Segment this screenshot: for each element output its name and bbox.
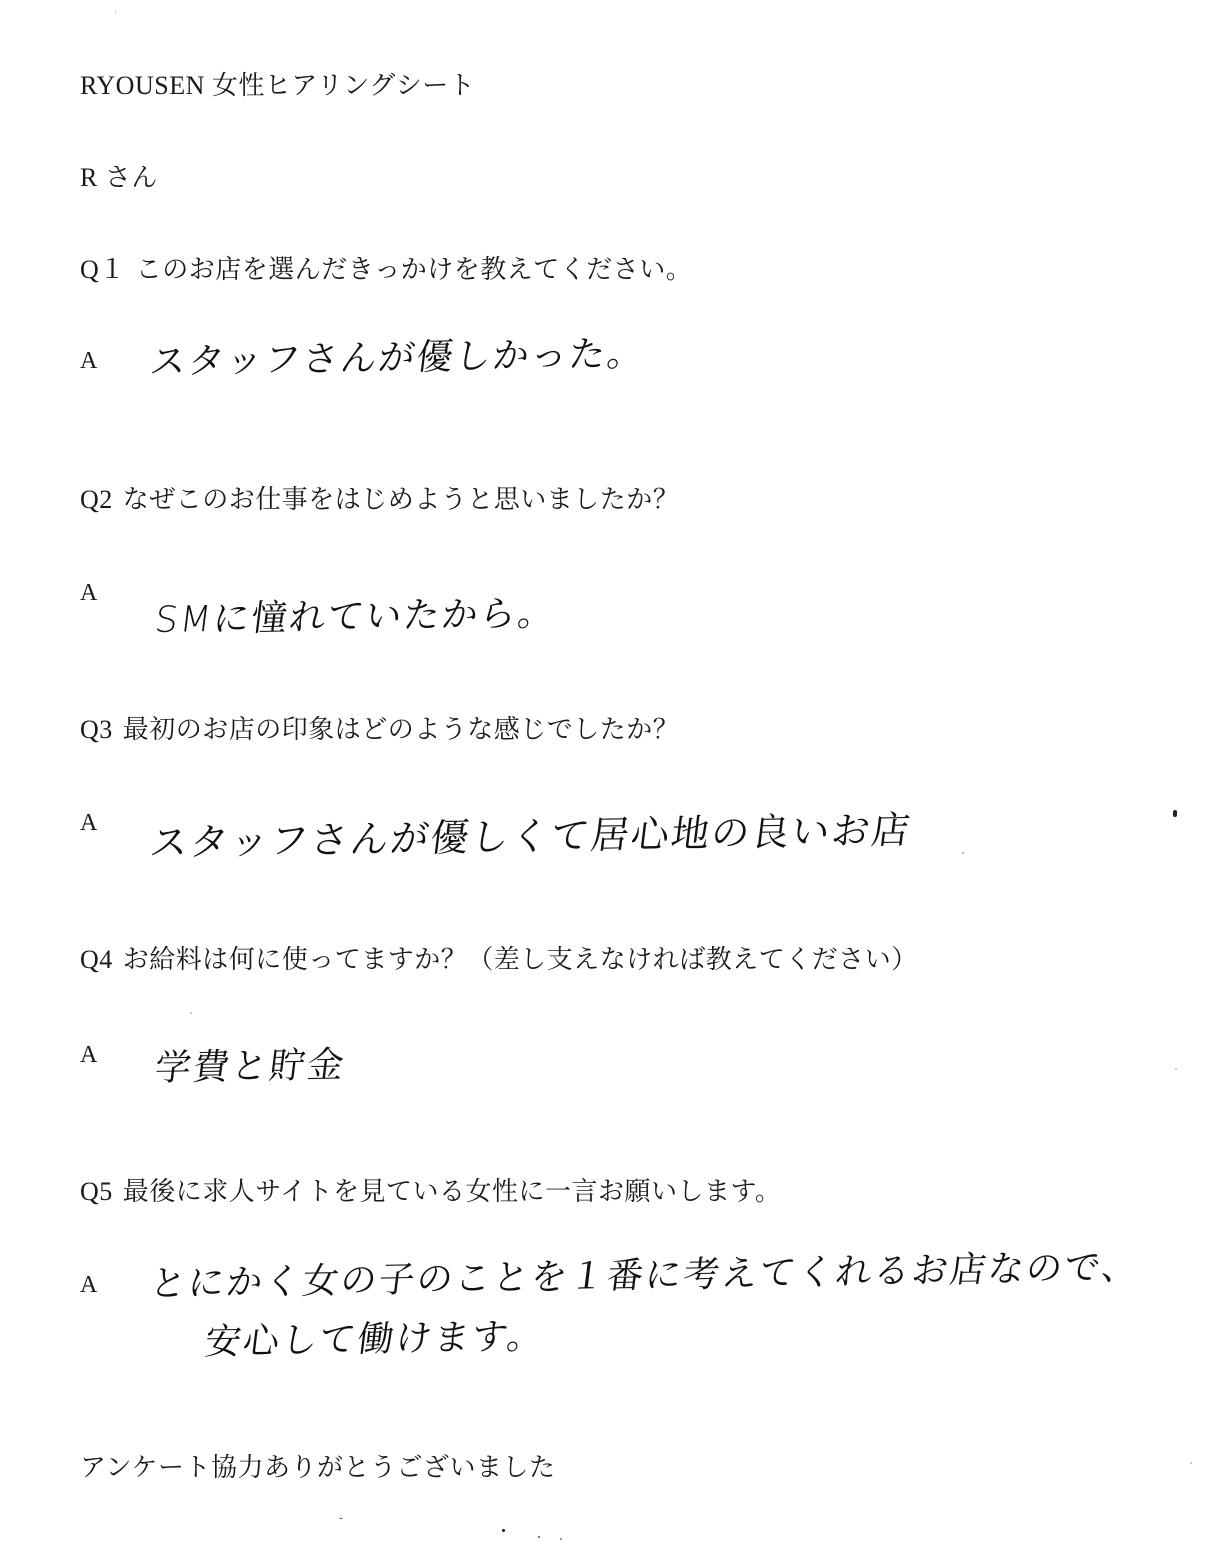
question-text: お給料は何に使ってますか？（差し支えなければ教えてください） bbox=[123, 945, 918, 974]
document-title: RYOUSEN 女性ヒアリングシート bbox=[80, 70, 475, 102]
question-label: Q3 bbox=[80, 714, 113, 746]
respondent-name: R さん bbox=[80, 162, 158, 194]
scan-speck bbox=[560, 1538, 562, 1540]
question-4: Q4お給料は何に使ってますか？（差し支えなければ教えてください） bbox=[80, 944, 918, 976]
question-2: Q2なぜこのお仕事をはじめようと思いましたか？ bbox=[80, 484, 679, 516]
question-label: Q１ bbox=[80, 254, 126, 286]
answer-4-handwritten: 学費と貯金 bbox=[152, 1043, 348, 1092]
scan-speck bbox=[502, 1529, 505, 1532]
scan-speck bbox=[1173, 810, 1177, 817]
question-label: Q4 bbox=[80, 944, 113, 976]
hearing-sheet-page: RYOUSEN 女性ヒアリングシート R さん Q１このお店を選んだきっかけを教… bbox=[0, 0, 1227, 1553]
answer-label: A bbox=[80, 348, 97, 375]
question-text: 最初のお店の印象はどのような感じでしたか？ bbox=[123, 715, 680, 744]
answer-3-handwritten: スタッフさんが優しくて居心地の良いお店 bbox=[147, 807, 914, 866]
question-label: Q5 bbox=[80, 1176, 113, 1208]
answer-5-handwritten-line-2: 安心して働けます。 bbox=[202, 1314, 548, 1366]
scan-speck bbox=[115, 10, 116, 13]
answer-1-handwritten: スタッフさんが優しかった。 bbox=[147, 331, 648, 386]
answer-label: A bbox=[80, 810, 97, 837]
closing-message: アンケート協力ありがとうございました bbox=[80, 1452, 555, 1484]
scan-speck bbox=[339, 1518, 343, 1519]
answer-label: A bbox=[80, 580, 97, 607]
answer-label: A bbox=[80, 1042, 97, 1069]
scan-speck bbox=[538, 1536, 540, 1538]
answer-5-handwritten-line-1: とにかく女の子のことを１番に考えてくれるお店なので、 bbox=[147, 1245, 1142, 1308]
scan-speck bbox=[1175, 1068, 1177, 1070]
scan-speck bbox=[962, 852, 964, 854]
scan-speck bbox=[190, 1012, 192, 1014]
question-1: Q１このお店を選んだきっかけを教えてください。 bbox=[80, 254, 692, 286]
question-text: 最後に求人サイトを見ている女性に一言お願いします。 bbox=[123, 1177, 782, 1206]
question-label: Q2 bbox=[80, 484, 113, 516]
question-5: Q5最後に求人サイトを見ている女性に一言お願いします。 bbox=[80, 1176, 781, 1208]
scan-speck bbox=[1190, 1462, 1192, 1464]
question-3: Q3最初のお店の印象はどのような感じでしたか？ bbox=[80, 714, 679, 746]
answer-label: A bbox=[80, 1272, 97, 1299]
answer-2-handwritten: SMに憧れていたから。 bbox=[152, 591, 559, 644]
question-text: このお店を選んだきっかけを教えてください。 bbox=[136, 255, 693, 284]
question-text: なぜこのお仕事をはじめようと思いましたか？ bbox=[123, 485, 680, 514]
